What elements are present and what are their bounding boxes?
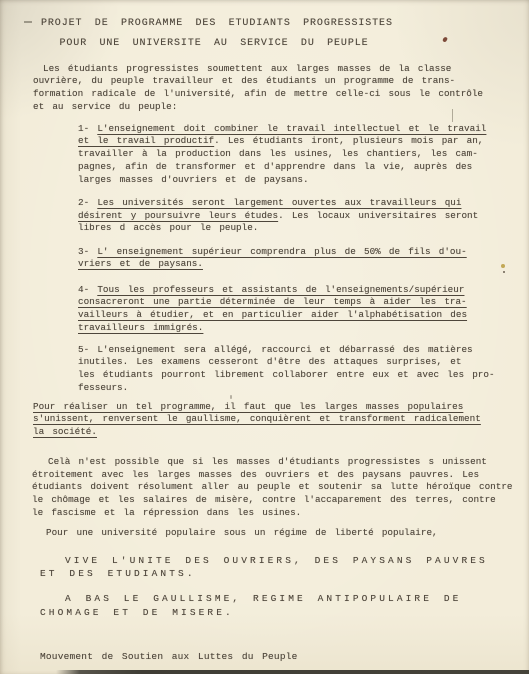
text-line: désirent y poursuivre leurs études. Les … bbox=[78, 210, 478, 223]
underlined-text: désirent y poursuivre leurs études bbox=[78, 210, 278, 221]
underlined-text: Pour réaliser un tel programme, il faut … bbox=[33, 401, 463, 412]
text-line: POUR UNE UNIVERSITE AU SERVICE DU PEUPLE bbox=[41, 34, 393, 54]
text-segment: ouvrière, du peuple travailleur et des é… bbox=[33, 75, 455, 86]
text-line: travailler à la production dans les usin… bbox=[78, 148, 486, 161]
text-segment: les étudiants pourront librement collabo… bbox=[78, 369, 495, 380]
text-segment: 1- bbox=[78, 123, 97, 134]
underlined-text: travailleurs immigrés. bbox=[78, 322, 203, 333]
document-page: PROJET DE PROGRAMME DES ETUDIANTS PROGRE… bbox=[0, 0, 529, 674]
text-segment: . Les étudiants iront, plusieurs mois pa… bbox=[214, 135, 483, 146]
text-segment: Mouvement de Soutien aux Luttes du Peupl… bbox=[40, 651, 298, 662]
text-segment: le fascisme et la répression dans les us… bbox=[32, 507, 301, 518]
text-line: PROJET DE PROGRAMME DES ETUDIANTS PROGRE… bbox=[41, 14, 393, 34]
text-line: Les étudiants progressistes soumettent a… bbox=[33, 63, 483, 76]
text-segment: et au service du peuple: bbox=[33, 101, 177, 112]
program-item-1: 1- L'enseignement doit combiner le trava… bbox=[78, 123, 486, 187]
text-line: la société. bbox=[33, 426, 481, 439]
text-line: le chômage et les salaires de misère, co… bbox=[32, 494, 513, 507]
underlined-text: s'unissent, renversent le gaullisme, con… bbox=[33, 413, 481, 424]
underlined-text: L'enseignement doit combiner le travail … bbox=[97, 123, 486, 134]
call-to-action: Pour réaliser un tel programme, il faut … bbox=[33, 401, 481, 439]
text-line: consacreront une partie déterminée de le… bbox=[78, 296, 467, 309]
text-line: vriers et de paysans. bbox=[78, 258, 467, 271]
text-segment: CHOMAGE ET DE MISERE. bbox=[40, 607, 234, 618]
pen-dash-mark bbox=[24, 21, 32, 23]
text-line: étudiants doivent résolument aller au pe… bbox=[32, 481, 513, 494]
underlined-text: consacreront une partie déterminée de le… bbox=[78, 296, 467, 307]
text-line: et au service du peuple: bbox=[33, 101, 483, 114]
text-line: 1- L'enseignement doit combiner le trava… bbox=[78, 123, 486, 136]
text-line: 3- L' enseignement supérieur comprendra … bbox=[78, 246, 467, 259]
text-line: Mouvement de Soutien aux Luttes du Peupl… bbox=[40, 650, 298, 663]
text-line: et le travail productif. Les étudiants i… bbox=[78, 135, 486, 148]
text-segment: POUR UNE UNIVERSITE AU SERVICE DU PEUPLE bbox=[60, 38, 369, 49]
slogan-a-bas: A BAS LE GAULLISME, REGIME ANTIPOPULAIRE… bbox=[40, 592, 461, 619]
program-item-2: 2- Les universités seront largement ouve… bbox=[78, 197, 478, 235]
text-line: ouvrière, du peuple travailleur et des é… bbox=[33, 75, 483, 88]
underlined-text: Les universités seront largement ouverte… bbox=[97, 197, 461, 208]
text-segment: étudiants doivent résolument aller au pe… bbox=[32, 481, 513, 492]
text-segment: ET DES ETUDIANTS. bbox=[40, 568, 196, 579]
text-line: le fascisme et la répression dans les us… bbox=[32, 507, 513, 520]
text-segment: Celà n'est possible que si les masses d'… bbox=[48, 456, 487, 467]
text-segment: formation radicale de l'université, afin… bbox=[33, 88, 483, 99]
underlined-text: vailleurs à étudier, et en particulier a… bbox=[78, 309, 467, 320]
ink-speck-red bbox=[442, 36, 448, 42]
scan-edge-shadow bbox=[56, 670, 529, 674]
intro-paragraph: Les étudiants progressistes soumettent a… bbox=[33, 63, 483, 114]
underlined-text: L' enseignement supérieur comprendra plu… bbox=[97, 246, 466, 257]
document-title: PROJET DE PROGRAMME DES ETUDIANTS PROGRE… bbox=[41, 14, 393, 54]
text-line: Celà n'est possible que si les masses d'… bbox=[32, 456, 513, 469]
text-line: larges masses d'ouvriers et de paysans. bbox=[78, 174, 486, 187]
text-segment: travailler à la production dans les usin… bbox=[78, 148, 478, 159]
program-item-4: 4- Tous les professeurs et assistants de… bbox=[78, 284, 467, 335]
underlined-text: vriers et de paysans. bbox=[78, 258, 203, 269]
university-line: Pour une université populaire sous un ré… bbox=[46, 527, 438, 540]
text-line: A BAS LE GAULLISME, REGIME ANTIPOPULAIRE… bbox=[40, 592, 461, 605]
text-segment: VIVE L'UNITE DES OUVRIERS, DES PAYSANS P… bbox=[65, 555, 488, 566]
text-line: s'unissent, renversent le gaullisme, con… bbox=[33, 413, 481, 426]
text-line: CHOMAGE ET DE MISERE. bbox=[40, 606, 461, 619]
text-line: formation radicale de l'université, afin… bbox=[33, 88, 483, 101]
stain-dot-yellow bbox=[501, 264, 505, 268]
signature: Mouvement de Soutien aux Luttes du Peupl… bbox=[40, 650, 298, 663]
text-line: 2- Les universités seront largement ouve… bbox=[78, 197, 478, 210]
text-segment: libres d accès pour le peuple. bbox=[78, 222, 258, 233]
program-item-5: 5- L'enseignement sera allégé, raccourci… bbox=[78, 344, 495, 395]
text-line: travailleurs immigrés. bbox=[78, 322, 467, 335]
slogan-vive: VIVE L'UNITE DES OUVRIERS, DES PAYSANS P… bbox=[40, 554, 488, 581]
text-line: étroitement avec les larges masses des o… bbox=[32, 469, 513, 482]
text-segment: PROJET DE PROGRAMME DES ETUDIANTS PROGRE… bbox=[41, 18, 393, 29]
text-segment: 4- bbox=[78, 284, 97, 295]
text-line: vailleurs à étudier, et en particulier a… bbox=[78, 309, 467, 322]
text-line: VIVE L'UNITE DES OUVRIERS, DES PAYSANS P… bbox=[40, 554, 488, 567]
text-line: libres d accès pour le peuple. bbox=[78, 222, 478, 235]
text-segment: larges masses d'ouvriers et de paysans. bbox=[78, 174, 309, 185]
unity-paragraph: Celà n'est possible que si les masses d'… bbox=[32, 456, 513, 520]
text-line: Pour une université populaire sous un ré… bbox=[46, 527, 438, 540]
text-line: inutiles. Les examens cesseront d'être d… bbox=[78, 356, 495, 369]
text-segment: 3- bbox=[78, 246, 97, 257]
ink-smudge bbox=[230, 395, 232, 399]
text-segment: le chômage et les salaires de misère, co… bbox=[32, 494, 496, 505]
text-segment: . Les locaux universitaires seront bbox=[278, 210, 478, 221]
underlined-text: Tous les professeurs et assistants de l'… bbox=[97, 284, 464, 295]
text-segment: Les étudiants progressistes soumettent a… bbox=[43, 63, 451, 74]
underlined-text: la société. bbox=[33, 426, 97, 437]
text-segment: A BAS LE GAULLISME, REGIME ANTIPOPULAIRE… bbox=[65, 593, 461, 604]
text-segment: 2- bbox=[78, 197, 97, 208]
underlined-text: et le travail productif bbox=[78, 135, 214, 146]
text-line: 5- L'enseignement sera allégé, raccourci… bbox=[78, 344, 495, 357]
text-line: fesseurs. bbox=[78, 382, 495, 395]
text-line: 4- Tous les professeurs et assistants de… bbox=[78, 284, 467, 297]
text-segment: pagnes, afin de transformer et d'apprend… bbox=[78, 161, 472, 172]
ink-dot-dark bbox=[503, 271, 505, 273]
text-line: ET DES ETUDIANTS. bbox=[40, 567, 488, 580]
text-segment: fesseurs. bbox=[78, 382, 128, 393]
text-segment: étroitement avec les larges masses des o… bbox=[32, 469, 479, 480]
text-segment: inutiles. Les examens cesseront d'être d… bbox=[78, 356, 461, 367]
text-segment: Pour une université populaire sous un ré… bbox=[46, 527, 438, 538]
program-item-3: 3- L' enseignement supérieur comprendra … bbox=[78, 246, 467, 272]
text-line: pagnes, afin de transformer et d'apprend… bbox=[78, 161, 486, 174]
text-line: les étudiants pourront librement collabo… bbox=[78, 369, 495, 382]
text-segment: 5- L'enseignement sera allégé, raccourci… bbox=[78, 344, 473, 355]
text-line: Pour réaliser un tel programme, il faut … bbox=[33, 401, 481, 414]
